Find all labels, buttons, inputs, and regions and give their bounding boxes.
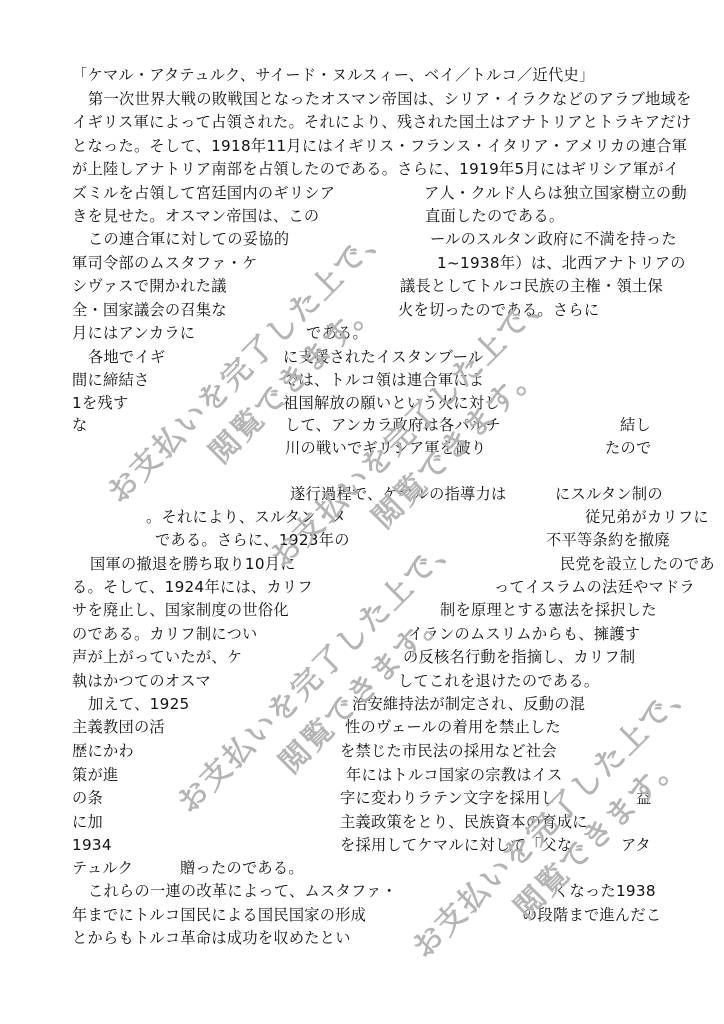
text-line-fragment: 月にはアンカラに xyxy=(72,324,195,342)
text-line-fragment: 歴にかわ xyxy=(72,742,134,760)
text-line-fragment: の条 xyxy=(72,789,103,807)
document-page: 「ケマル・アタテュルク、サイード・ヌルスィー、ベイ／トルコ／近代史」第一次世界大… xyxy=(0,0,724,1024)
text-line-fragment: 主義教団の活 xyxy=(72,718,165,736)
text-line-fragment: のである。カリフ制につい xyxy=(72,625,258,643)
text-line-fragment: これらの一連の改革によって、ムスタファ・ xyxy=(88,882,397,900)
text-line-fragment: アタ xyxy=(621,836,651,854)
text-line-fragment: 間に締結さ xyxy=(72,371,149,389)
text-line-fragment: 従兄弟がカリフに xyxy=(585,508,709,526)
text-line-fragment: 結し xyxy=(620,416,651,434)
text-line-fragment: 全・国家議会の召集な xyxy=(72,301,227,319)
text-line-fragment: 軍司令部のムスタファ・ケ xyxy=(72,254,258,272)
text-line-fragment: 策が進 xyxy=(72,766,118,784)
text-line-fragment: 年にはトルコ国家の宗教はイス xyxy=(346,766,563,784)
text-line-fragment: たので xyxy=(605,439,651,457)
text-line-fragment: に加 xyxy=(72,813,103,831)
text-line-fragment: シヴァスで開かれた議 xyxy=(72,277,227,295)
text-line-fragment: にスルタン制の xyxy=(555,485,663,503)
text-line-fragment: 各地でイギ xyxy=(88,348,165,366)
text-line-fragment: 加えて、1925 xyxy=(88,695,190,713)
text-line-fragment: サを廃止し、国家制度の世俗化 xyxy=(72,601,289,619)
text-line-fragment: となった。そして、1918年11月にはイギリス・フランス・イタリア・アメリカの連… xyxy=(72,137,687,155)
text-line-fragment: の反核名行動を指摘し、カリフ制 xyxy=(403,648,635,666)
text-line-fragment: 年までにトルコ国民による国民国家の形成 xyxy=(72,906,366,924)
document-title: 「ケマル・アタテュルク、サイード・ヌルスィー、ベイ／トルコ／近代史」 xyxy=(72,66,594,84)
text-line-fragment: ってイスラムの法廷やマドラ xyxy=(494,578,695,596)
text-line-fragment: 執はかつてのオスマ xyxy=(72,672,211,690)
text-line-fragment: 直面したのである。 xyxy=(425,207,564,225)
text-line-fragment: 1~1938年）は、北西アナトリアの xyxy=(437,254,686,272)
text-line-fragment: テュルク xyxy=(72,859,133,877)
text-line-fragment: る。そして、1924年には、カリフ xyxy=(72,578,313,596)
text-line-fragment: な xyxy=(72,416,88,434)
text-line-fragment: 不平等条約を撤廃 xyxy=(546,531,670,549)
text-line-fragment: を禁じた市民法の採用など社会 xyxy=(340,742,557,760)
text-line-fragment: が上陸しアナトリア南部を占領したのである。さらに、1919年5月にはギリシア軍が… xyxy=(72,160,679,178)
text-line-fragment: 贈ったのである。 xyxy=(180,859,304,877)
text-line-fragment: きを見せた。オスマン帝国は、この xyxy=(72,207,319,225)
text-line-fragment: ールのスルタン政府に不満を持った xyxy=(430,230,677,248)
text-line-fragment: 第一次世界大戦の敗戦国となったオスマン帝国は、シリア・イラクなどのアラブ地域を xyxy=(88,90,692,108)
text-line-fragment: 字に変わりラテン文字を採用し xyxy=(340,789,556,807)
text-line-fragment: してこれを退けたのである。 xyxy=(398,672,599,690)
text-line-fragment: イギリス軍によって占領された。それにより、残された国土はアナトリアとトラキアだけ xyxy=(72,113,691,131)
text-line-fragment: 声が上がっていたが、ケ xyxy=(72,648,242,666)
text-line-fragment: この連合軍に対しての妥協的 xyxy=(88,230,289,248)
text-line-fragment: ズミルを占領して宮廷国内のギリシア xyxy=(72,184,335,202)
text-line-fragment: 国軍の撤退を勝ち取り10月に xyxy=(90,555,296,573)
text-line-fragment: とからもトルコ革命は成功を収めたとい xyxy=(72,929,351,947)
text-line-fragment: 1を残す xyxy=(72,394,128,412)
text-line-fragment: 治安維持法が制定され、反動の混 xyxy=(352,695,585,713)
text-line-fragment: 性のヴェールの着用を禁止した xyxy=(345,718,561,736)
text-line-fragment: 1934 xyxy=(72,836,112,854)
text-line-fragment: 民党を設立したのであ xyxy=(560,555,715,573)
text-line-fragment: ア人・クルド人らは独立国家樹立の動 xyxy=(424,184,687,202)
